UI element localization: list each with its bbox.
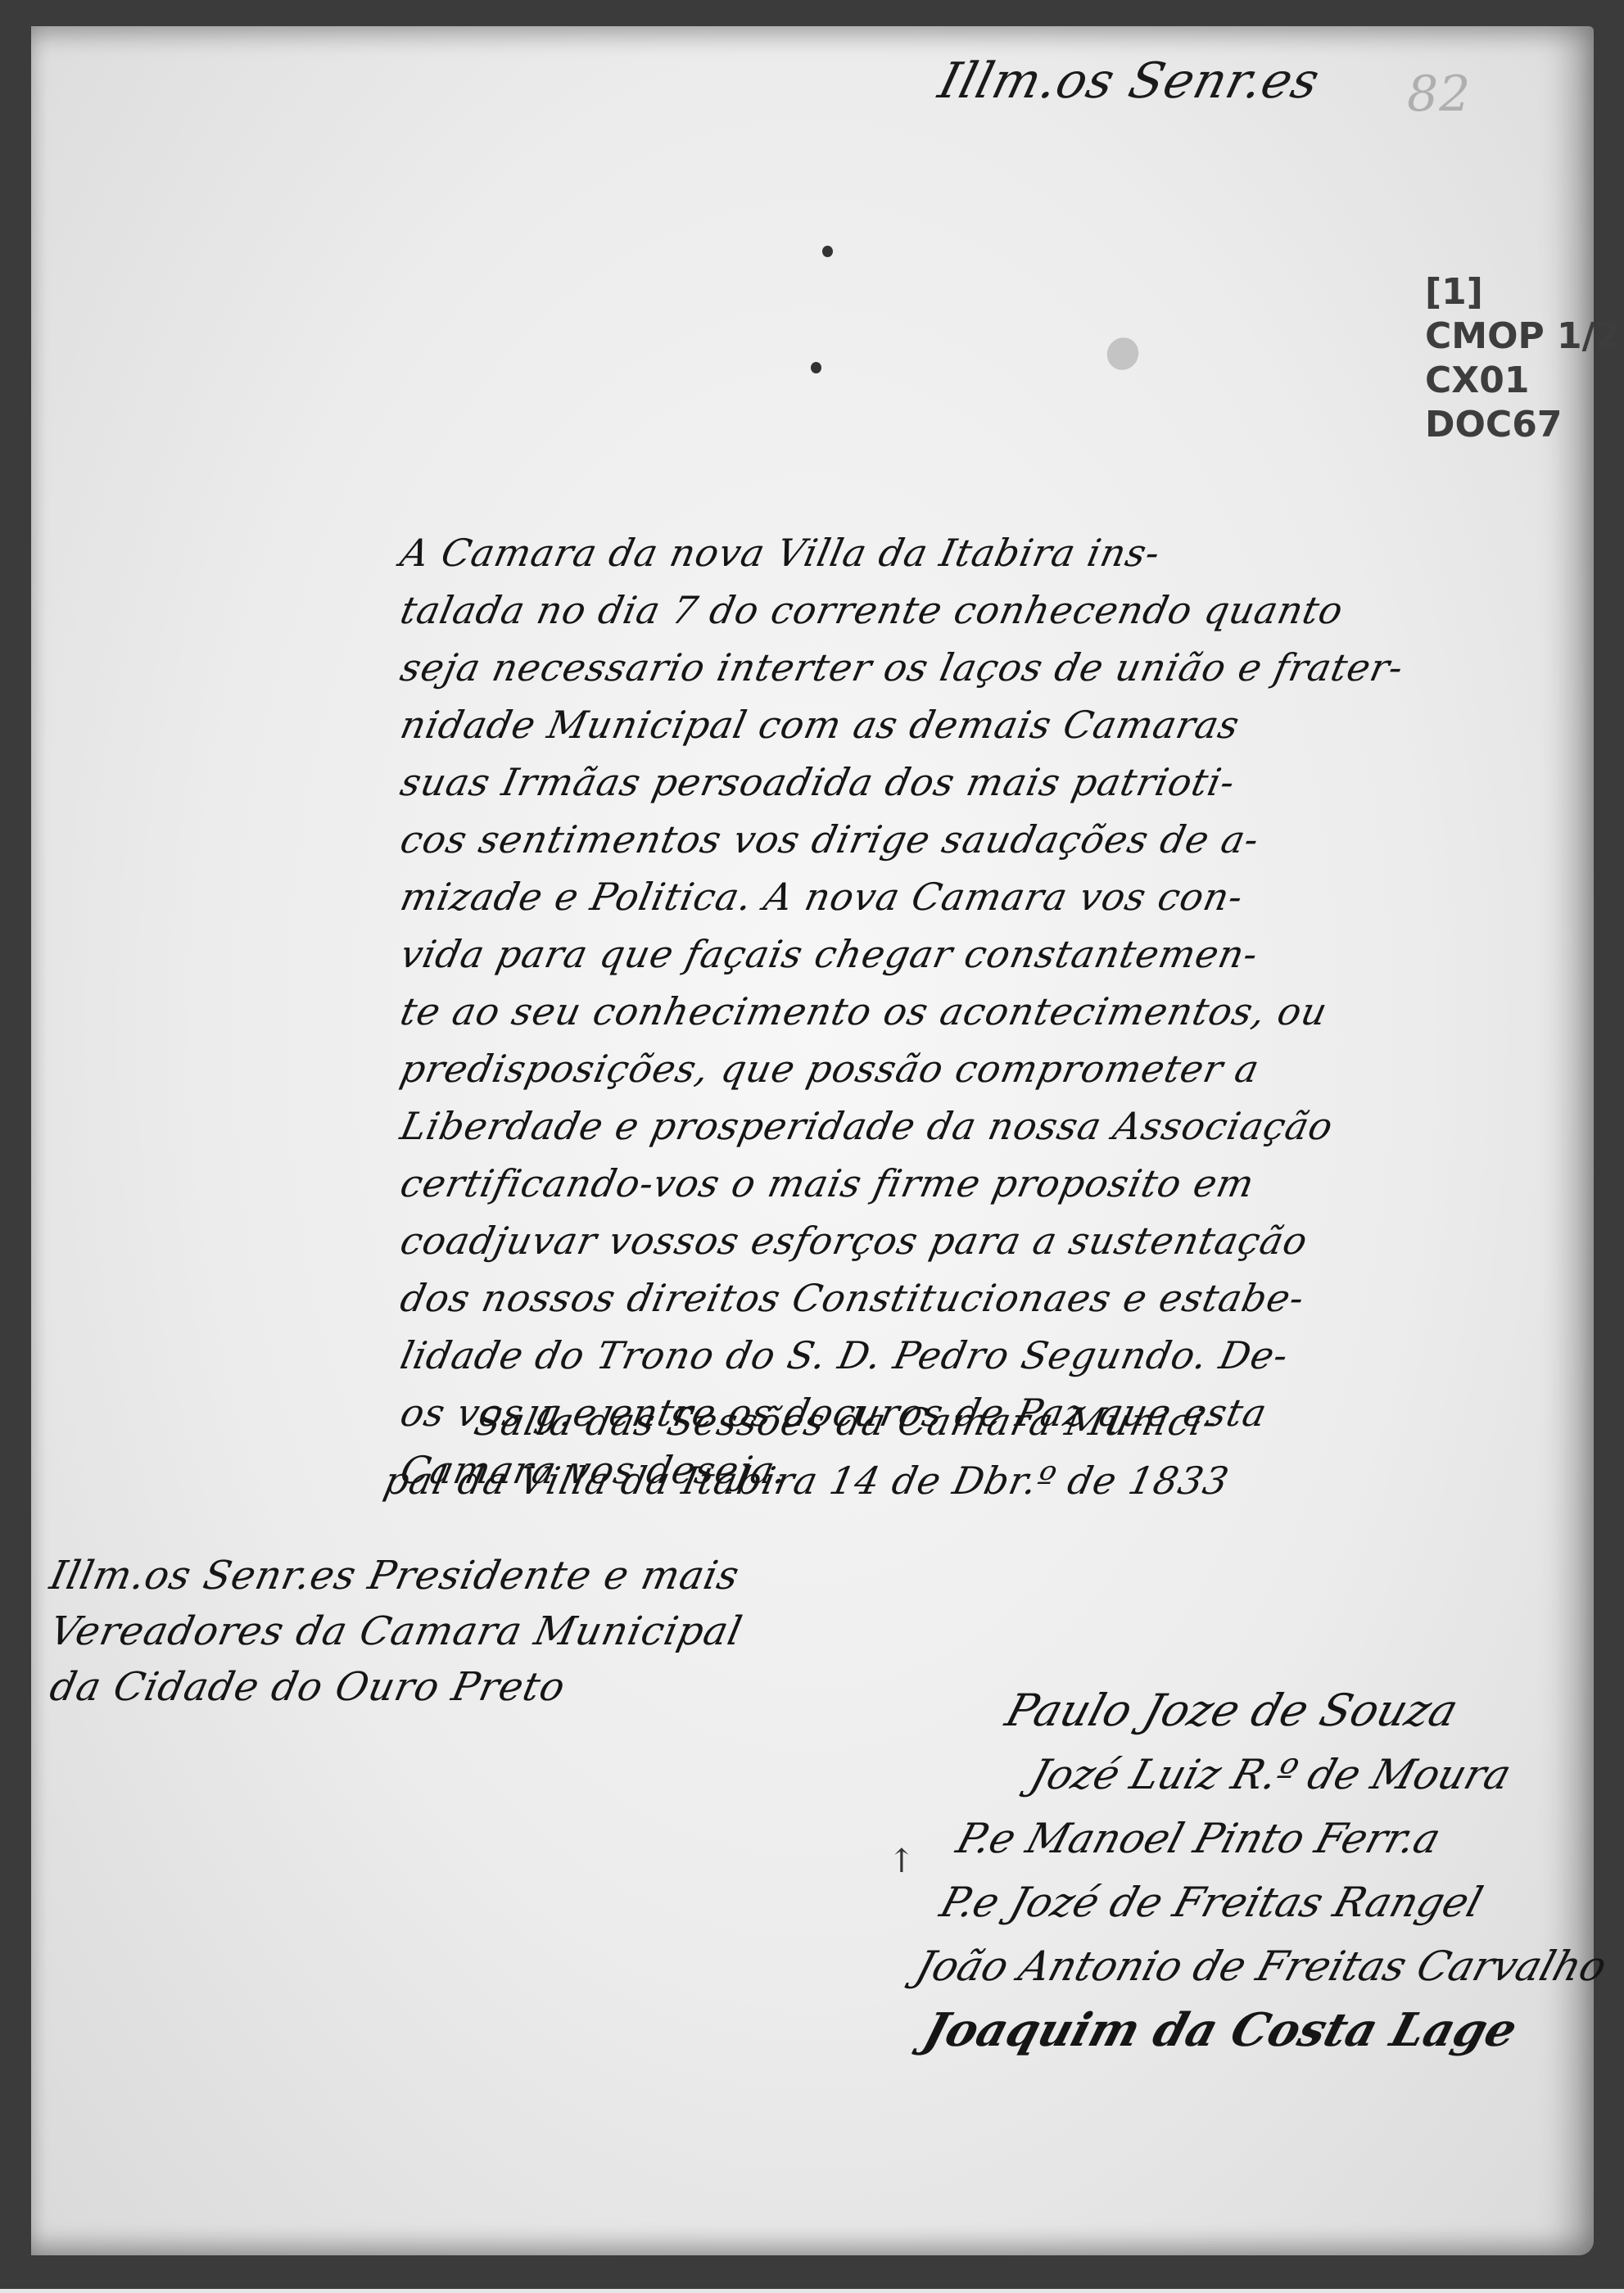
body-line: dos nossos direitos Constitucionaes e es… [396,1269,1624,1327]
addressee-block: Illm.os Senr.es Presidente e mais Veread… [51,1548,742,1715]
body-line: certificando-vos o mais firme proposito … [396,1155,1624,1212]
addressee-line: Illm.os Senr.es Presidente e mais [45,1548,748,1603]
closing-line: Salla das Sessões da Camara Munici- [378,1392,1234,1451]
signature: João Antonio de Freitas Carvalho [900,1934,1614,1998]
archive-label-line: CMOP 1/2 [1425,314,1620,359]
body-line: te ao seu conhecimento os acontecimentos… [396,983,1624,1040]
archive-label-line: DOC67 [1425,403,1620,447]
body-line: Liberdade e prosperidade da nossa Associ… [396,1097,1624,1155]
body-line: lidade do Trono do S. D. Pedro Segundo. … [396,1327,1624,1384]
addressee-line: Vereadores da Camara Municipal [45,1603,748,1659]
body-line: mizade e Politica. A nova Camara vos con… [396,868,1624,925]
letter-body: A Camara da nova Villa da Itabira ins- t… [401,524,1622,1499]
archive-reference-label: [1] CMOP 1/2 CX01 DOC67 [1425,270,1620,447]
body-line: suas Irmãas persoadida dos mais patrioti… [396,753,1624,811]
archive-label-line: CX01 [1425,359,1620,403]
salutation: Illm.os Senr.es [933,52,1325,110]
signature-block: Paulo Joze de Souza Jozé Luiz R.º de Mou… [909,1679,1605,2062]
ink-blot [811,362,821,373]
body-line: seja necessario interter os laços de uni… [396,639,1624,696]
body-line: cos sentimentos vos dirige saudações de … [396,811,1624,868]
body-line: predisposições, que possão comprometer a [396,1040,1624,1097]
closing-line: pal da Villa da Itabira 14 de Dbr.º de 1… [378,1451,1234,1510]
signature: P.e Jozé de Freitas Rangel [900,1870,1614,1934]
body-line: vida para que façais chegar constantemen… [396,925,1624,983]
body-line: coadjuvar vossos esforços para a sustent… [396,1212,1624,1269]
body-line: nidade Municipal com as demais Camaras [396,696,1624,753]
signature: Jozé Luiz R.º de Moura [900,1743,1614,1807]
body-line: A Camara da nova Villa da Itabira ins- [396,524,1624,581]
folio-number: 82 [1407,66,1471,123]
addressee-line: da Cidade do Ouro Preto [45,1659,748,1715]
body-line: talada no dia 7 do corrente conhecendo q… [396,581,1624,639]
signature: Joaquim da Costa Lage [900,1998,1614,2062]
scan-bottom-edge [0,2289,1624,2293]
signature: Paulo Joze de Souza [900,1679,1614,1743]
ink-blot [822,246,833,257]
signature: P.e Manoel Pinto Ferr.a [900,1807,1614,1870]
archive-label-line: [1] [1425,270,1620,314]
place-and-date: Salla das Sessões da Camara Munici- pal … [385,1392,1228,1510]
